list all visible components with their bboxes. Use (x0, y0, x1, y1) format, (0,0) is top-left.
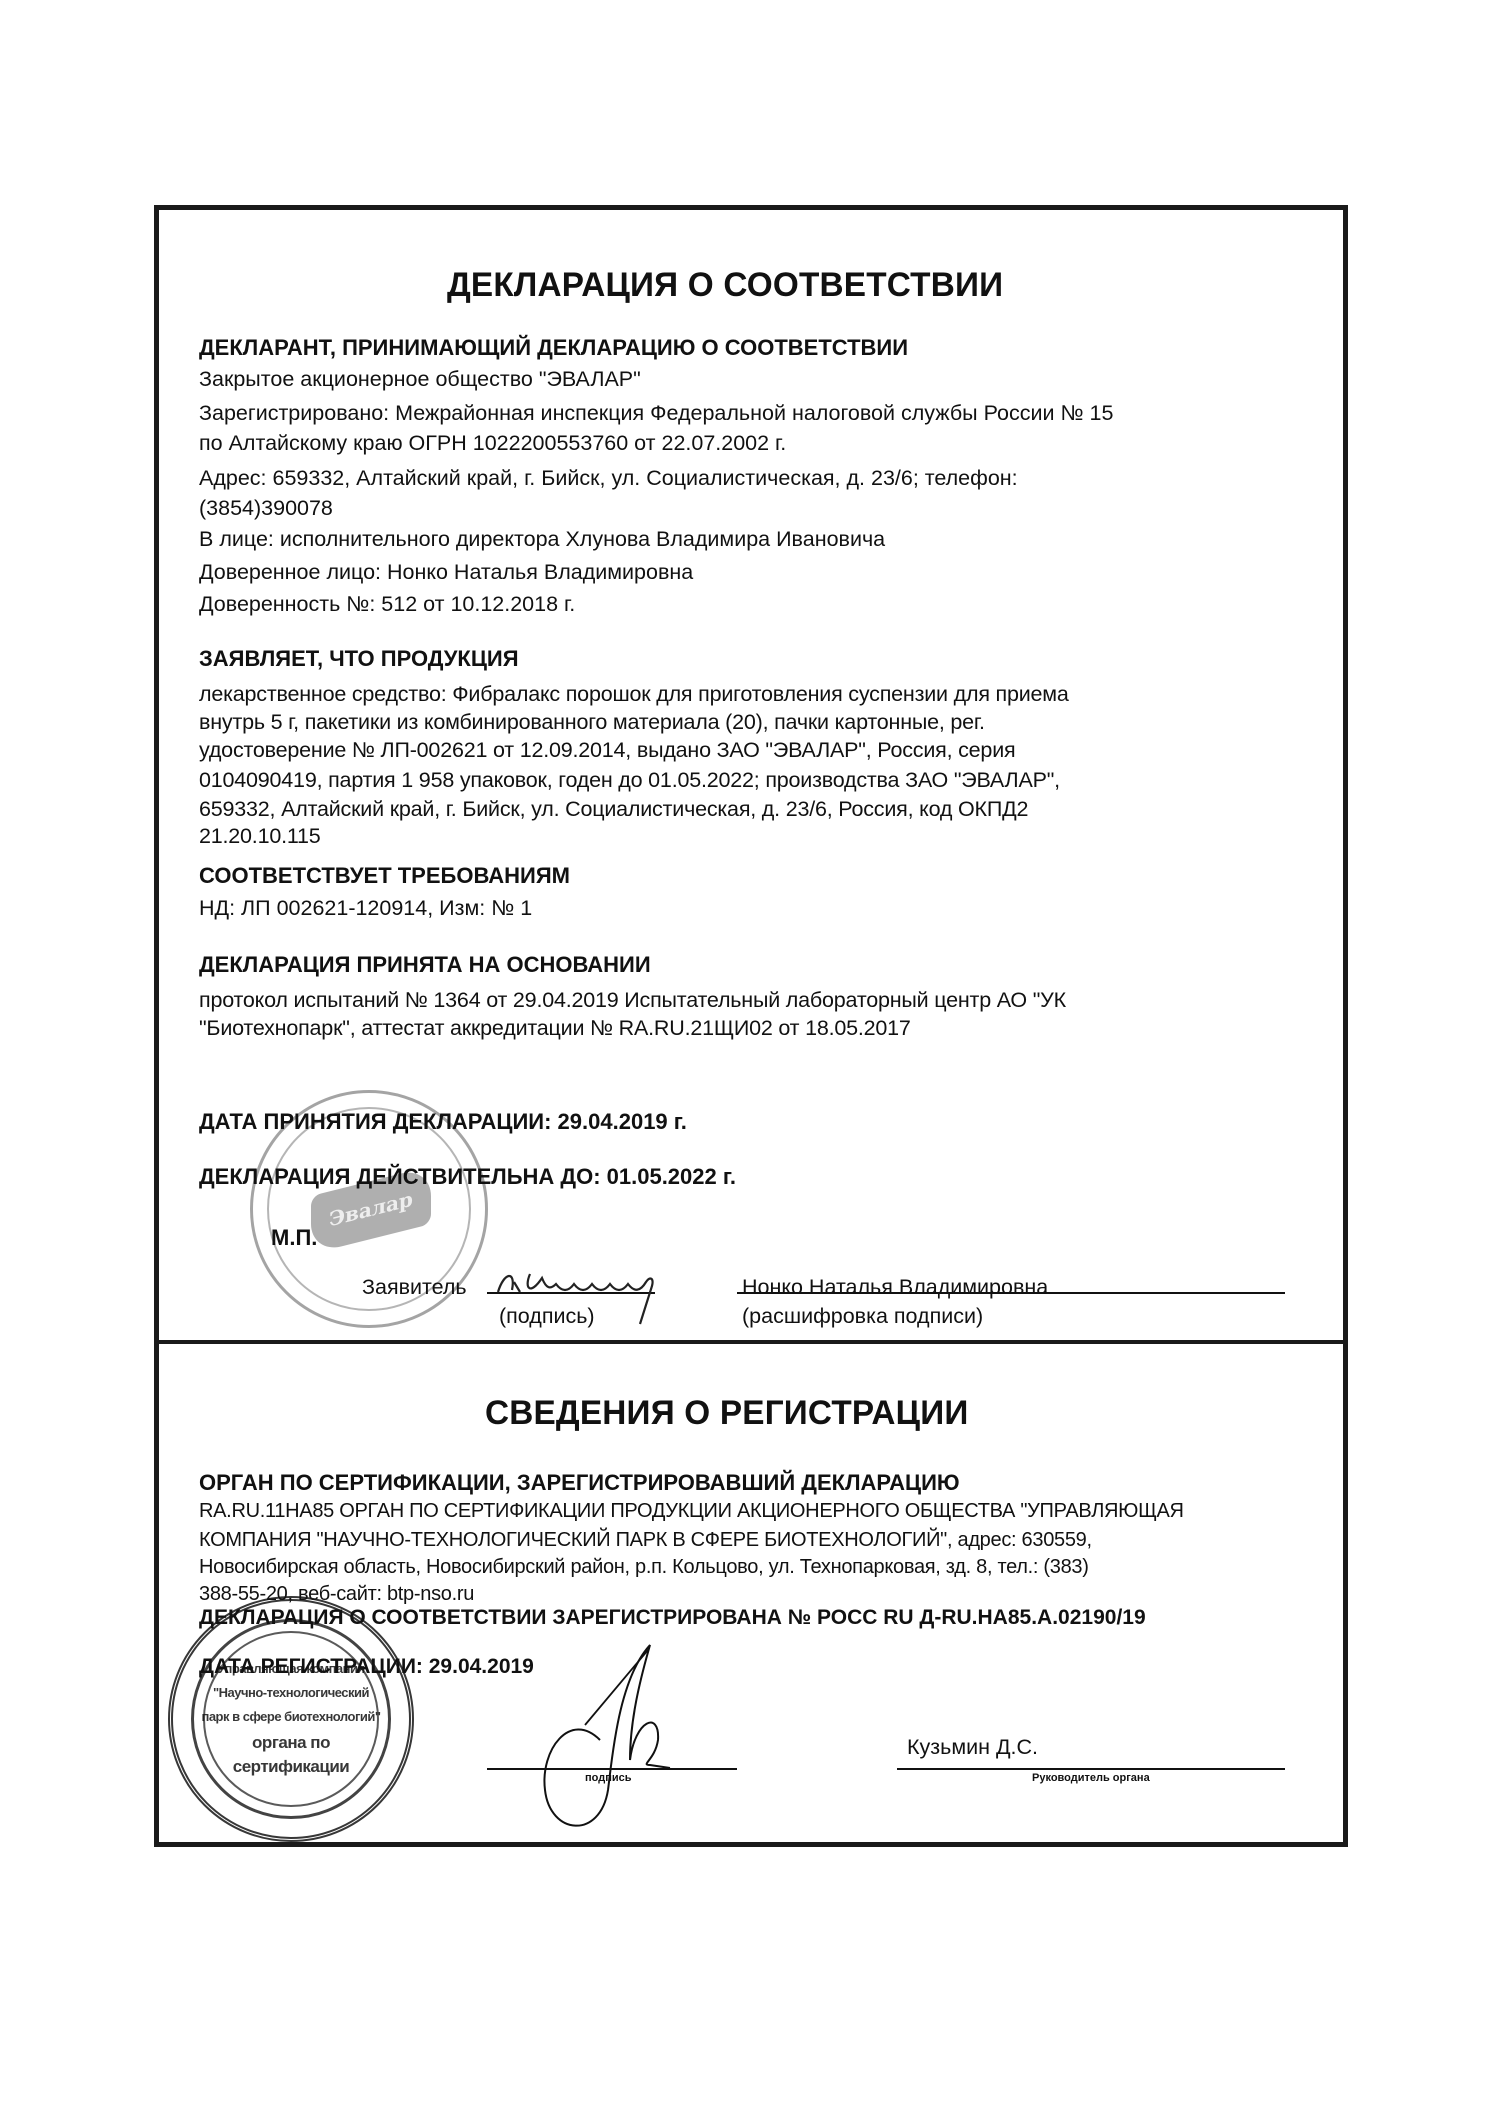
section-divider (154, 1340, 1348, 1344)
certification-body-line: RA.RU.11НА85 ОРГАН ПО СЕРТИФИКАЦИИ ПРОДУ… (199, 1501, 1184, 1521)
signature-caption: (подпись) (499, 1306, 595, 1328)
product-line: удостоверение № ЛП-002621 от 12.09.2014,… (199, 740, 1015, 762)
registration-date: ДАТА РЕГИСТРАЦИИ: 29.04.2019 (199, 1656, 534, 1677)
signer-name: Нонко Наталья Владимировна (742, 1277, 1048, 1299)
product-line: 659332, Алтайский край, г. Бийск, ул. Со… (199, 799, 1028, 821)
head-signature-line (487, 1768, 737, 1770)
product-line: лекарственное средство: Фибралакс порошо… (199, 684, 1069, 706)
valid-until-date: ДЕКЛАРАЦИЯ ДЕЙСТВИТЕЛЬНА ДО: 01.05.2022 … (199, 1166, 736, 1188)
basis-line: протокол испытаний № 1364 от 29.04.2019 … (199, 990, 1066, 1012)
basis-heading: ДЕКЛАРАЦИЯ ПРИНЯТА НА ОСНОВАНИИ (199, 954, 651, 976)
basis-line: "Биотехнопарк", аттестат аккредитации № … (199, 1018, 911, 1040)
declarant-line: (3854)390078 (199, 498, 333, 520)
declarant-line: В лице: исполнительного директора Хлунов… (199, 529, 885, 551)
head-signature-caption: подпись (585, 1773, 632, 1784)
declarant-line: Доверенность №: 512 от 10.12.2018 г. (199, 594, 575, 616)
head-name-line (897, 1768, 1285, 1770)
certification-body-line: 388-55-20, веб-сайт: btp-nso.ru (199, 1584, 474, 1604)
requirements-heading: СООТВЕТСТВУЕТ ТРЕБОВАНИЯМ (199, 865, 570, 887)
declaration-title: ДЕКЛАРАЦИЯ О СООТВЕТСТВИИ (447, 268, 1003, 302)
product-line: 21.20.10.115 (199, 826, 321, 848)
applicant-label: Заявитель (362, 1277, 467, 1299)
declarant-heading: ДЕКЛАРАНТ, ПРИНИМАЮЩИЙ ДЕКЛАРАЦИЮ О СООТ… (199, 337, 908, 359)
product-line: 0104090419, партия 1 958 упаковок, годен… (199, 770, 1060, 792)
acceptance-date: ДАТА ПРИНЯТИЯ ДЕКЛАРАЦИИ: 29.04.2019 г. (199, 1111, 687, 1133)
certification-body-heading: ОРГАН ПО СЕРТИФИКАЦИИ, ЗАРЕГИСТРИРОВАВШИ… (199, 1472, 960, 1494)
declarant-line: Доверенное лицо: Нонко Наталья Владимиро… (199, 562, 693, 584)
requirements-line: НД: ЛП 002621-120914, Изм: № 1 (199, 898, 532, 920)
declarant-line: Закрытое акционерное общество "ЭВАЛАР" (199, 369, 641, 391)
seal-mark: М.П. (271, 1227, 317, 1249)
product-heading: ЗАЯВЛЯЕТ, ЧТО ПРОДУКЦИЯ (199, 648, 519, 670)
head-name: Кузьмин Д.С. (907, 1737, 1038, 1759)
signer-name-line (737, 1292, 1285, 1294)
certification-body-line: КОМПАНИЯ "НАУЧНО-ТЕХНОЛОГИЧЕСКИЙ ПАРК В … (199, 1530, 1092, 1550)
declarant-line: Адрес: 659332, Алтайский край, г. Бийск,… (199, 468, 1018, 490)
declarant-line: по Алтайскому краю ОГРН 1022200553760 от… (199, 433, 786, 455)
certification-body-line: Новосибирская область, Новосибирский рай… (199, 1557, 1089, 1577)
product-line: внутрь 5 г, пакетики из комбинированного… (199, 712, 985, 734)
head-signature-icon (540, 1640, 700, 1840)
signer-caption: (расшифровка подписи) (742, 1306, 983, 1328)
declarant-line: Зарегистрировано: Межрайонная инспекция … (199, 403, 1113, 425)
registration-number: ДЕКЛАРАЦИЯ О СООТВЕТСТВИИ ЗАРЕГИСТРИРОВА… (199, 1607, 1146, 1628)
registration-title: СВЕДЕНИЯ О РЕГИСТРАЦИИ (485, 1396, 968, 1430)
head-caption: Руководитель органа (1032, 1773, 1150, 1784)
